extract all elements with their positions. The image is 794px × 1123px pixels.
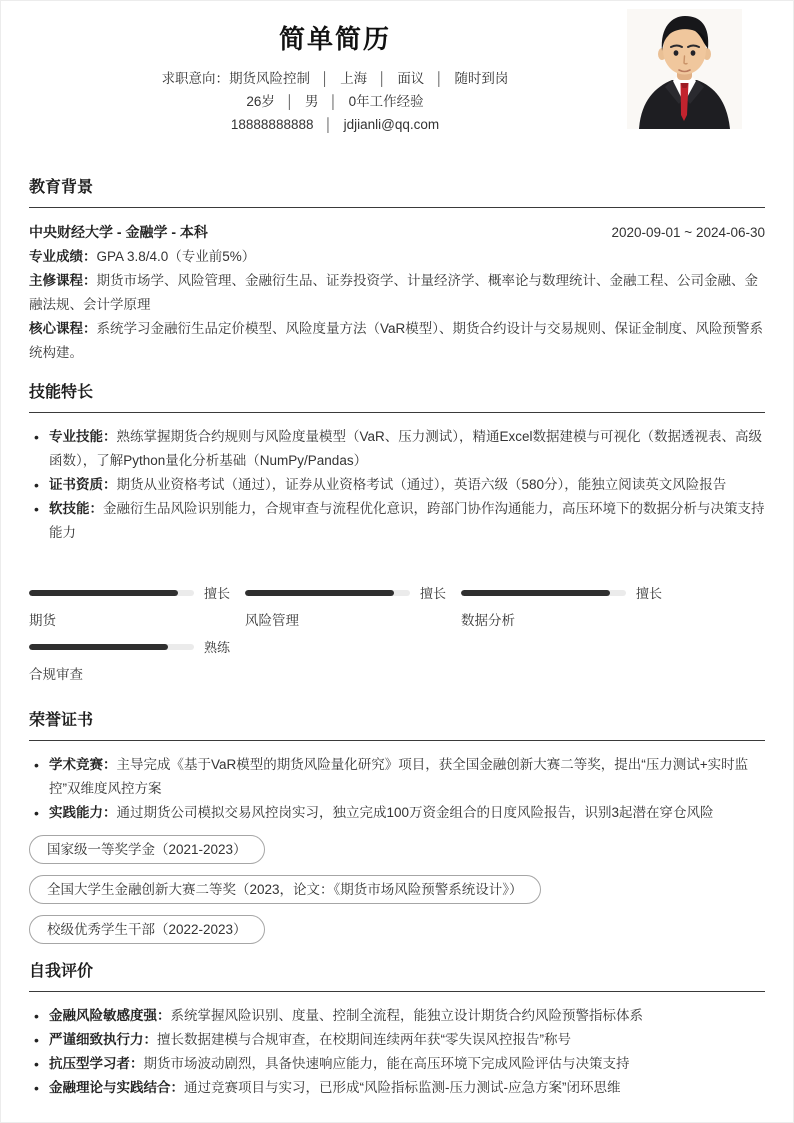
skill-bar-row: 熟练 xyxy=(29,639,245,654)
bullet-item: 软技能：金融衍生品风险识别能力，合规审查与流程优化意识，跨部门协作沟通能力，高压… xyxy=(29,497,765,545)
section-title-skills: 技能特长 xyxy=(29,383,765,413)
education-row: 专业成绩：GPA 3.8/4.0（专业前5%） xyxy=(29,245,765,269)
bullet-item: 金融理论与实践结合：通过竞赛项目与实习，已形成“风险指标监测-压力测试-应急方案… xyxy=(29,1076,765,1100)
skill-bars: 擅长 期货 擅长 风险管理 擅长 数据分析 熟练 合规审查 xyxy=(29,585,765,693)
skill-bar-cell: 擅长 数据分析 xyxy=(461,585,677,629)
bullet-label: 金融风险敏感度强： xyxy=(49,1008,171,1023)
skill-bar-track xyxy=(29,644,194,650)
honor-badge: 校级优秀学生干部（2022-2023） xyxy=(29,915,265,944)
bullet-item: 金融风险敏感度强：系统掌握风险识别、度量、控制全流程，能独立设计期货合约风险预警… xyxy=(29,1004,765,1028)
bullet-label: 实践能力： xyxy=(49,805,117,820)
resume-header: 简单简历 求职意向：期货风险控制│上海│面议│随时到岗26岁│男│0年工作经验1… xyxy=(29,1,765,136)
honors-bullet-list: 学术竞赛：主导完成《基于VaR模型的期货风险量化研究》项目，获全国金融创新大赛二… xyxy=(29,753,765,825)
bullet-label: 严谨细致执行力： xyxy=(49,1032,157,1047)
section-title-education: 教育背景 xyxy=(29,178,765,208)
section-skills: 技能特长 专业技能：熟练掌握期货合约规则与风险度量模型（VaR、压力测试），精通… xyxy=(29,383,765,693)
skill-bar-row: 擅长 xyxy=(29,585,245,600)
bullet-text: 熟练掌握期货合约规则与风险度量模型（VaR、压力测试），精通Excel数据建模与… xyxy=(49,429,762,468)
header-info-line: 26岁│男│0年工作经验 xyxy=(29,90,641,113)
info-item: 男 xyxy=(305,94,319,109)
info-item: jdjianli@qq.com xyxy=(344,117,440,132)
bullet-item: 严谨细致执行力：擅长数据建模与合规审查，在校期间连续两年获“零失误风控报告”称号 xyxy=(29,1028,765,1052)
skills-bullet-list: 专业技能：熟练掌握期货合约规则与风险度量模型（VaR、压力测试），精通Excel… xyxy=(29,425,765,545)
skill-name: 合规审查 xyxy=(29,663,245,683)
bullet-text: 主导完成《基于VaR模型的期货风险量化研究》项目，获全国金融创新大赛二等奖，提出… xyxy=(49,757,748,796)
bullet-label: 学术竞赛： xyxy=(49,757,117,772)
skill-level-label: 擅长 xyxy=(636,583,662,602)
bullet-text: 系统掌握风险识别、度量、控制全流程，能独立设计期货合约风险预警指标体系 xyxy=(171,1008,644,1023)
bullet-item: 抗压型学习者：期货市场波动剧烈，具备快速响应能力，能在高压环境下完成风险评估与决… xyxy=(29,1052,765,1076)
bullet-text: 擅长数据建模与合规审查，在校期间连续两年获“零失误风控报告”称号 xyxy=(157,1032,571,1047)
skill-name: 期货 xyxy=(29,609,245,629)
education-row-text: GPA 3.8/4.0（专业前5%） xyxy=(97,249,256,264)
section-honors: 荣誉证书 学术竞赛：主导完成《基于VaR模型的期货风险量化研究》项目，获全国金融… xyxy=(29,711,765,944)
honor-badges: 国家级一等奖学金（2021-2023）全国大学生金融创新大赛二等奖（2023，论… xyxy=(29,835,765,944)
skill-bar-track xyxy=(461,590,626,596)
header-info-line: 求职意向：期货风险控制│上海│面议│随时到岗 xyxy=(29,67,641,90)
skill-name: 数据分析 xyxy=(461,609,677,629)
skill-level-label: 擅长 xyxy=(420,583,446,602)
header-info-lines: 求职意向：期货风险控制│上海│面议│随时到岗26岁│男│0年工作经验188888… xyxy=(29,67,641,136)
skill-bar-row: 擅长 xyxy=(245,585,461,600)
info-item: 期货风险控制 xyxy=(229,71,310,86)
page-title: 简单简历 xyxy=(29,21,641,57)
info-item: 0年工作经验 xyxy=(349,94,424,109)
skill-bar-fill xyxy=(245,590,394,596)
bullet-label: 专业技能： xyxy=(49,429,117,444)
info-item: 上海 xyxy=(340,71,367,86)
section-title-honors: 荣誉证书 xyxy=(29,711,765,741)
skill-level-label: 熟练 xyxy=(204,637,230,656)
education-row-text: 期货市场学、风险管理、金融衍生品、证券投资学、计量经济学、概率论与数理统计、金融… xyxy=(29,273,758,312)
bullet-text: 期货市场波动剧烈，具备快速响应能力，能在高压环境下完成风险评估与决策支持 xyxy=(144,1056,630,1071)
info-line-label: 求职意向： xyxy=(162,71,230,86)
bullet-text: 通过竞赛项目与实习，已形成“风险指标监测-压力测试-应急方案”闭环思维 xyxy=(184,1080,620,1095)
education-headline: 中央财经大学 - 金融学 - 本科 2020-09-01 ~ 2024-06-3… xyxy=(29,220,765,245)
separator: │ xyxy=(378,71,386,86)
info-item: 面议 xyxy=(397,71,424,86)
skill-bar-cell: 熟练 合规审查 xyxy=(29,639,245,683)
header-text-block: 简单简历 求职意向：期货风险控制│上海│面议│随时到岗26岁│男│0年工作经验1… xyxy=(29,21,641,136)
evaluation-bullet-list: 金融风险敏感度强：系统掌握风险识别、度量、控制全流程，能独立设计期货合约风险预警… xyxy=(29,1004,765,1100)
bullet-label: 证书资质： xyxy=(49,477,117,492)
skill-bar-cell: 擅长 风险管理 xyxy=(245,585,461,629)
separator: │ xyxy=(330,94,338,109)
skill-bar-cell: 擅长 期货 xyxy=(29,585,245,629)
bullet-label: 软技能： xyxy=(49,501,103,516)
skill-bar-fill xyxy=(29,644,168,650)
header-info-line: 18888888888│jdjianli@qq.com xyxy=(29,113,641,136)
skill-bar-track xyxy=(29,590,194,596)
avatar xyxy=(627,9,742,129)
education-row: 主修课程：期货市场学、风险管理、金融衍生品、证券投资学、计量经济学、概率论与数理… xyxy=(29,269,765,317)
bullet-label: 金融理论与实践结合： xyxy=(49,1080,184,1095)
separator: │ xyxy=(435,71,443,86)
honor-badge: 全国大学生金融创新大赛二等奖（2023，论文：《期货市场风险预警系统设计》） xyxy=(29,875,541,904)
skill-bar-fill xyxy=(29,590,178,596)
honor-badge: 国家级一等奖学金（2021-2023） xyxy=(29,835,265,864)
bullet-item: 学术竞赛：主导完成《基于VaR模型的期货风险量化研究》项目，获全国金融创新大赛二… xyxy=(29,753,765,801)
bullet-label: 抗压型学习者： xyxy=(49,1056,144,1071)
section-title-evaluation: 自我评价 xyxy=(29,962,765,992)
bullet-text: 通过期货公司模拟交易风控岗实习，独立完成100万资金组合的日度风险报告，识别3起… xyxy=(117,805,714,820)
skill-level-label: 擅长 xyxy=(204,583,230,602)
bullet-item: 证书资质：期货从业资格考试（通过），证券从业资格考试（通过），英语六级（580分… xyxy=(29,473,765,497)
education-rows: 专业成绩：GPA 3.8/4.0（专业前5%） 主修课程：期货市场学、风险管理、… xyxy=(29,245,765,365)
education-date-range: 2020-09-01 ~ 2024-06-30 xyxy=(612,221,766,245)
bullet-text: 金融衍生品风险识别能力，合规审查与流程优化意识，跨部门协作沟通能力，高压环境下的… xyxy=(49,501,765,540)
skill-name: 风险管理 xyxy=(245,609,461,629)
info-item: 随时到岗 xyxy=(454,71,508,86)
info-item: 18888888888 xyxy=(231,117,314,132)
separator: │ xyxy=(286,94,294,109)
education-row-label: 主修课程： xyxy=(29,273,97,288)
education-row-text: 系统学习金融衍生品定价模型、风险度量方法（VaR模型）、期货合约设计与交易规则、… xyxy=(29,321,763,360)
bullet-item: 专业技能：熟练掌握期货合约规则与风险度量模型（VaR、压力测试），精通Excel… xyxy=(29,425,765,473)
info-item: 26岁 xyxy=(246,94,275,109)
education-row: 核心课程：系统学习金融衍生品定价模型、风险度量方法（VaR模型）、期货合约设计与… xyxy=(29,317,765,365)
section-evaluation: 自我评价 金融风险敏感度强：系统掌握风险识别、度量、控制全流程，能独立设计期货合… xyxy=(29,962,765,1100)
separator: │ xyxy=(324,117,332,132)
skill-bar-row: 擅长 xyxy=(461,585,677,600)
skill-bar-track xyxy=(245,590,410,596)
section-education: 教育背景 中央财经大学 - 金融学 - 本科 2020-09-01 ~ 2024… xyxy=(29,178,765,365)
bullet-text: 期货从业资格考试（通过），证券从业资格考试（通过），英语六级（580分），能独立… xyxy=(117,477,727,492)
resume-page: 简单简历 求职意向：期货风险控制│上海│面议│随时到岗26岁│男│0年工作经验1… xyxy=(0,0,794,1123)
bullet-item: 实践能力：通过期货公司模拟交易风控岗实习，独立完成100万资金组合的日度风险报告… xyxy=(29,801,765,825)
separator: │ xyxy=(321,71,329,86)
portrait-illustration xyxy=(627,9,742,129)
education-row-label: 专业成绩： xyxy=(29,249,97,264)
skill-bar-fill xyxy=(461,590,610,596)
education-row-label: 核心课程： xyxy=(29,321,97,336)
education-school: 中央财经大学 - 金融学 - 本科 xyxy=(29,220,208,244)
